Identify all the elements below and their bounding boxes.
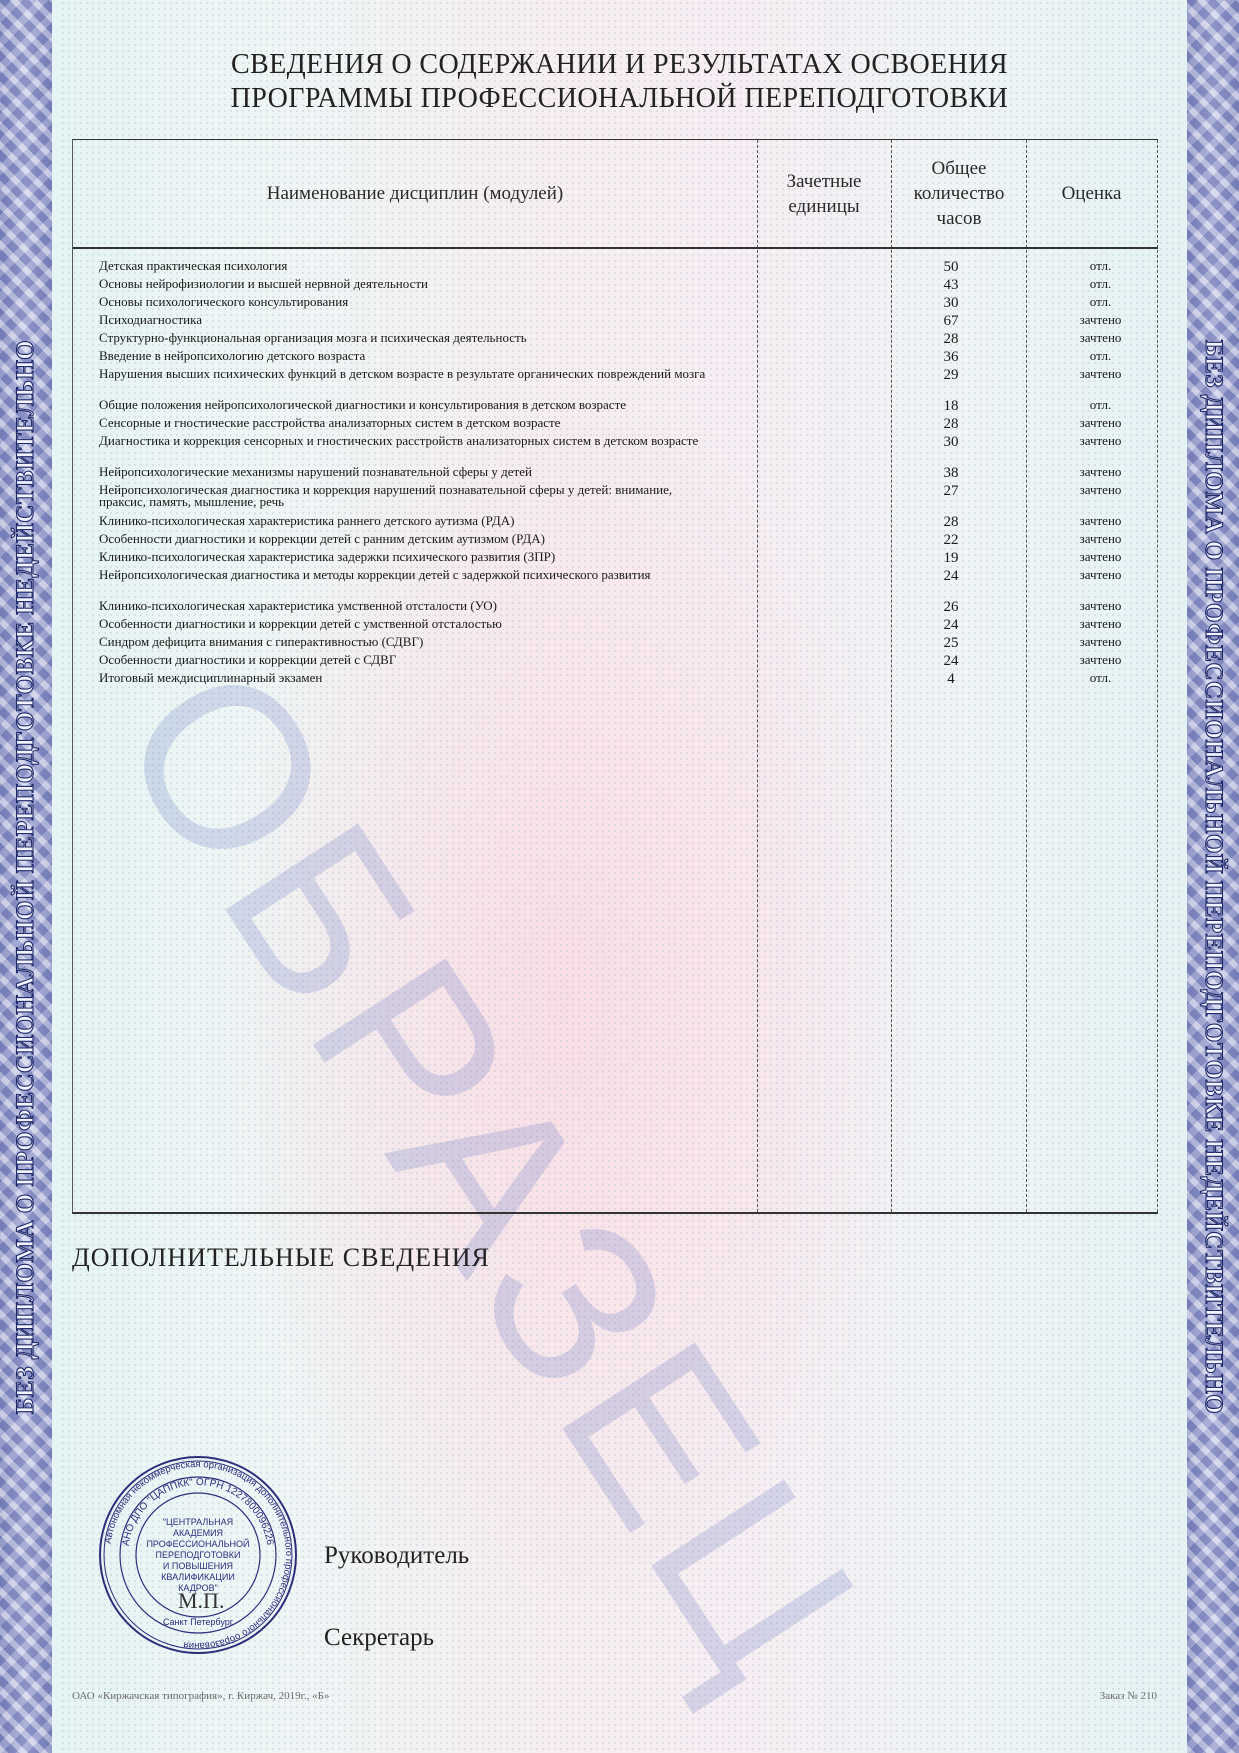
organization-seal: Автономная некоммерческая организация до… [98,1455,298,1655]
discipline-hours: 19 [921,551,981,565]
order-number: Заказ № 210 [1100,1690,1157,1702]
printer-imprint: ОАО «Киржачская типография», г. Киржач, … [72,1690,330,1702]
header-grade: Оценка [1026,140,1157,247]
discipline-name: Нарушения высших психических функций в д… [99,368,719,380]
discipline-hours: 38 [921,466,981,480]
discipline-grade: зачтено [1043,484,1158,496]
discipline-name: Основы психологического консультирования [99,296,719,308]
column-divider [1026,140,1027,1212]
discipline-grade: зачтено [1043,636,1158,648]
discipline-name: Особенности диагностики и коррекции дете… [99,618,719,630]
discipline-hours: 28 [921,417,981,431]
header-total-hours: Общее количество часов [899,140,1019,247]
discipline-grade: отл. [1043,296,1158,308]
discipline-grade: зачтено [1043,466,1158,478]
right-security-border: Без диплома о профессиональной переподго… [1187,0,1239,1753]
discipline-hours: 28 [921,332,981,346]
discipline-grade: отл. [1043,278,1158,290]
secretary-signature-label: Секретарь [324,1624,434,1652]
discipline-hours: 24 [921,569,981,583]
discipline-name: Сенсорные и гностические расстройства ан… [99,417,719,429]
document-title: СВЕДЕНИЯ О СОДЕРЖАНИИ И РЕЗУЛЬТАТАХ ОСВО… [0,48,1239,116]
svg-text:"ЦЕНТРАЛЬНАЯ: "ЦЕНТРАЛЬНАЯ [163,1517,233,1527]
discipline-grade: зачтено [1043,551,1158,563]
left-border-text: Без диплома о профессиональной переподго… [12,339,40,1413]
discipline-grade: зачтено [1043,435,1158,447]
discipline-grade: зачтено [1043,533,1158,545]
discipline-hours: 26 [921,600,981,614]
svg-text:АКАДЕМИЯ: АКАДЕМИЯ [173,1528,223,1538]
discipline-name: Нейропсихологические механизмы нарушений… [99,466,719,478]
discipline-grade: зачтено [1043,654,1158,666]
discipline-hours: 30 [921,435,981,449]
discipline-name: Нейропсихологическая диагностика и корре… [99,484,719,507]
discipline-grade: зачтено [1043,417,1158,429]
discipline-hours: 43 [921,278,981,292]
discipline-grade: отл. [1043,350,1158,362]
title-line-2: ПРОГРАММЫ ПРОФЕССИОНАЛЬНОЙ ПЕРЕПОДГОТОВК… [0,82,1239,116]
discipline-hours: 4 [921,672,981,686]
discipline-hours: 50 [921,260,981,274]
discipline-hours: 29 [921,368,981,382]
discipline-grade: зачтено [1043,618,1158,630]
discipline-hours: 18 [921,399,981,413]
discipline-name: Диагностика и коррекция сенсорных и гнос… [99,435,719,447]
discipline-name: Клинико-психологическая характеристика у… [99,600,719,612]
discipline-hours: 36 [921,350,981,364]
svg-text:КВАЛИФИКАЦИИ: КВАЛИФИКАЦИИ [161,1572,235,1582]
discipline-grade: зачтено [1043,515,1158,527]
discipline-grade: отл. [1043,399,1158,411]
discipline-name: Клинико-психологическая характеристика р… [99,515,719,527]
title-line-1: СВЕДЕНИЯ О СОДЕРЖАНИИ И РЕЗУЛЬТАТАХ ОСВО… [0,48,1239,82]
column-divider [757,140,758,1212]
header-credits: Зачетные единицы [763,140,885,247]
header-divider [73,247,1158,249]
discipline-hours: 27 [921,484,981,498]
additional-info-title: ДОПОЛНИТЕЛЬНЫЕ СВЕДЕНИЯ [72,1243,490,1273]
column-divider [891,140,892,1212]
discipline-grade: зачтено [1043,368,1158,380]
discipline-name: Введение в нейропсихологию детского возр… [99,350,719,362]
right-border-text: Без диплома о профессиональной переподго… [1199,339,1227,1413]
left-security-border: Без диплома о профессиональной переподго… [0,0,52,1753]
svg-text:ПРОФЕССИОНАЛЬНОЙ: ПРОФЕССИОНАЛЬНОЙ [146,1538,249,1549]
discipline-name: Основы нейрофизиологии и высшей нервной … [99,278,719,290]
head-signature-label: Руководитель [324,1542,469,1570]
discipline-name: Клинико-психологическая характеристика з… [99,551,719,563]
discipline-name: Особенности диагностики и коррекции дете… [99,533,719,545]
svg-text:ПЕРЕПОДГОТОВКИ: ПЕРЕПОДГОТОВКИ [155,1550,240,1560]
discipline-grade: зачтено [1043,332,1158,344]
discipline-hours: 67 [921,314,981,328]
discipline-hours: 30 [921,296,981,310]
discipline-hours: 22 [921,533,981,547]
discipline-name: Психодиагностика [99,314,719,326]
discipline-grade: отл. [1043,672,1158,684]
discipline-hours: 28 [921,515,981,529]
discipline-grade: отл. [1043,260,1158,272]
disciplines-table: Наименование дисциплин (модулей) Зачетны… [72,139,1158,1214]
discipline-name: Общие положения нейропсихологической диа… [99,399,719,411]
discipline-hours: 24 [921,654,981,668]
discipline-name: Синдром дефицита внимания с гиперактивно… [99,636,719,648]
header-discipline-name: Наименование дисциплин (модулей) [73,140,757,247]
discipline-hours: 25 [921,636,981,650]
discipline-grade: зачтено [1043,600,1158,612]
seal-city: Санкт Петербург [163,1617,234,1627]
discipline-name: Итоговый междисциплинарный экзамен [99,672,719,684]
discipline-hours: 24 [921,618,981,632]
discipline-grade: зачтено [1043,569,1158,581]
discipline-name: Структурно-функциональная организация мо… [99,332,719,344]
discipline-name: Детская практическая психология [99,260,719,272]
discipline-grade: зачтено [1043,314,1158,326]
seal-place-label: М.П. [178,1588,224,1614]
discipline-name: Нейропсихологическая диагностика и метод… [99,569,719,581]
seal-center-text: "ЦЕНТРАЛЬНАЯАКАДЕМИЯПРОФЕССИОНАЛЬНОЙПЕРЕ… [146,1517,249,1593]
discipline-name: Особенности диагностики и коррекции дете… [99,654,719,666]
svg-text:И ПОВЫШЕНИЯ: И ПОВЫШЕНИЯ [163,1561,233,1571]
